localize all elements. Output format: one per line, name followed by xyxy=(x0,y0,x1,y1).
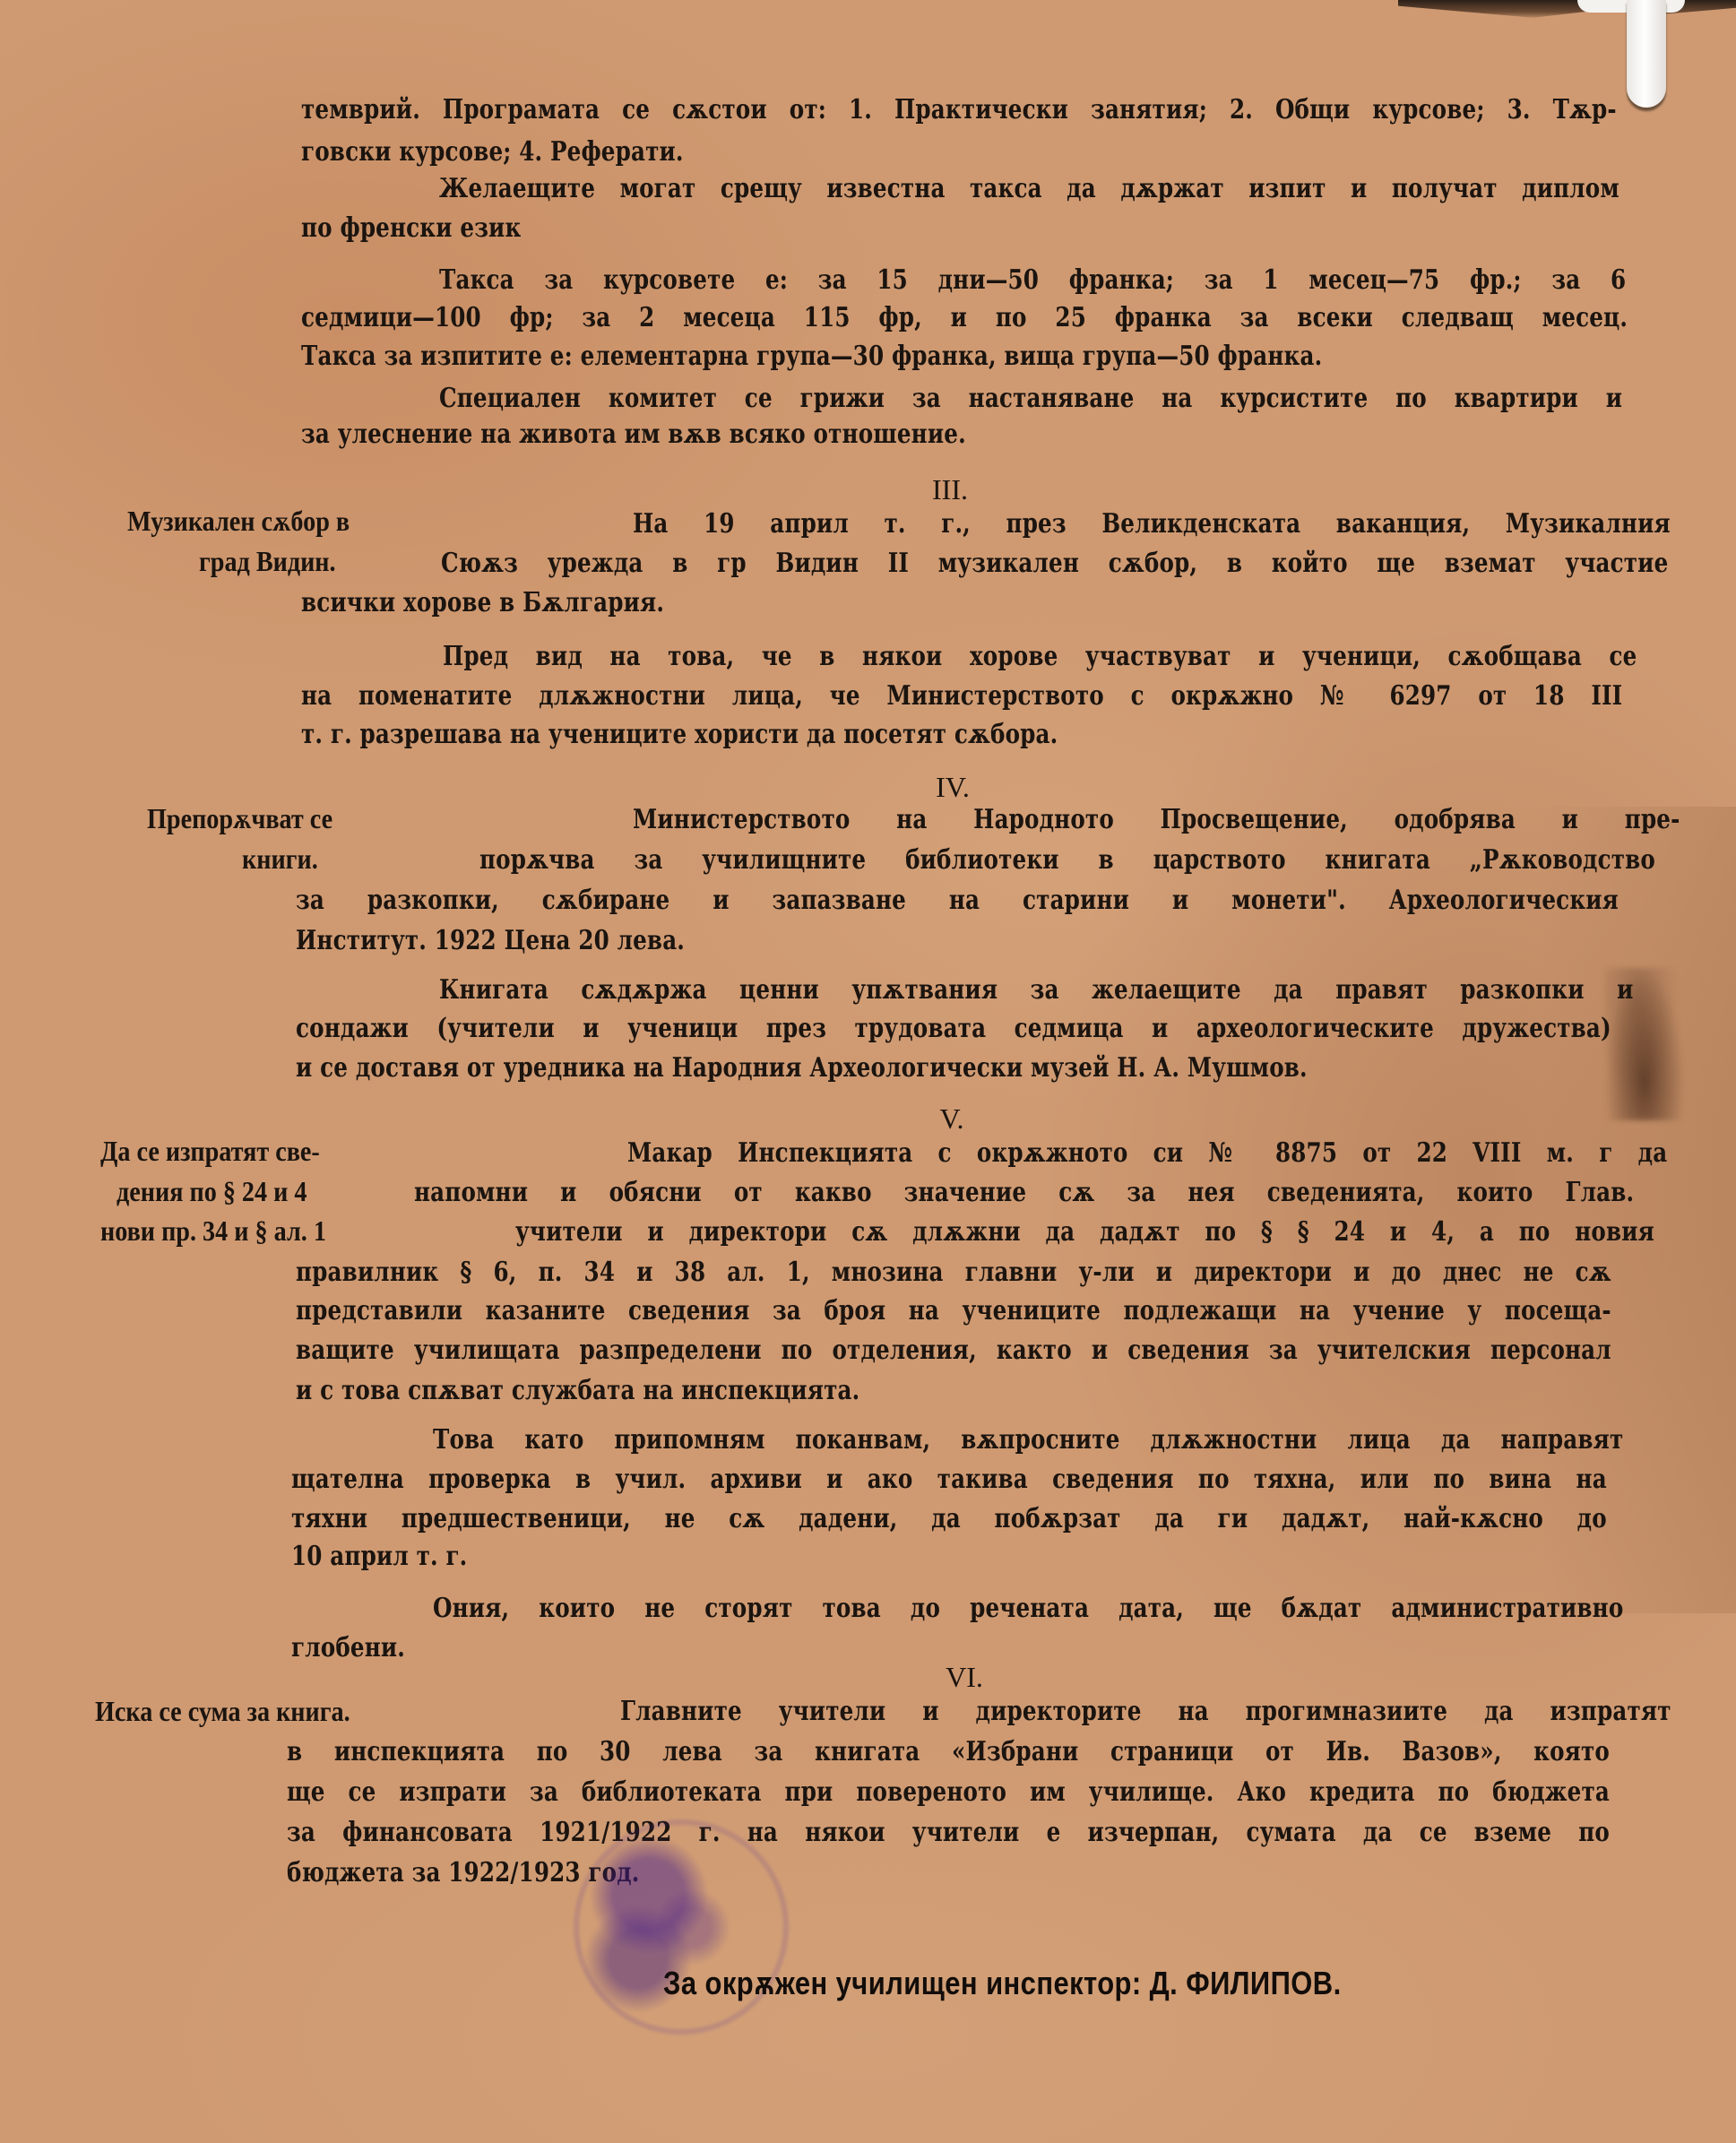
margin-label: книги. xyxy=(242,844,318,873)
text-line: Главните учители и директорите на прогим… xyxy=(620,1698,1671,1725)
section-numeral: V. xyxy=(940,1104,964,1133)
section-numeral: IV. xyxy=(936,773,970,801)
text-line: темврий. Програмата се сѫстои от: 1. Пра… xyxy=(301,97,1617,124)
text-line: Желаещите могат срещу известна такса да … xyxy=(439,176,1619,203)
text-line: щателна проверка в учил. архиви и ако та… xyxy=(291,1466,1607,1493)
text-line: за разкопки, сѫбиране и запазване на ста… xyxy=(296,887,1619,914)
text-line: Ония, които не сторят това до речената д… xyxy=(433,1595,1623,1622)
text-line: седмици—100 фр; за 2 месеца 115 фр, и по… xyxy=(301,305,1628,332)
glue-drip xyxy=(1627,0,1666,108)
text-line: представили казаните сведения за броя на… xyxy=(296,1298,1611,1325)
text-line: Макар Инспекцията с окрѫжното си № 8875 … xyxy=(627,1140,1667,1167)
margin-label: Препорѫчват се xyxy=(147,804,333,833)
text-line: в инспекцията по 30 лева за книгата «Изб… xyxy=(287,1739,1610,1766)
text-line: сондажи (учители и ученици през трудоват… xyxy=(296,1015,1611,1042)
official-stamp xyxy=(574,1819,789,2035)
text-line: тяхни предшественици, не сѫ дадени, да п… xyxy=(291,1506,1607,1533)
margin-label: нови пр. 34 и § ал. 1 xyxy=(100,1216,326,1245)
text-line: и се доставя от уредника на Народния Арх… xyxy=(296,1055,1308,1082)
text-line: Институт. 1922 Цена 20 лева. xyxy=(296,928,685,955)
text-line: порѫчва за училищните библиотеки в царст… xyxy=(479,847,1655,874)
text-line: за улеснение на живота им вѫв всяко отно… xyxy=(301,421,966,448)
text-line: Специален комитет се грижи за настаняван… xyxy=(439,385,1622,412)
text-line: учители и директори сѫ длѫжни да дадѫт п… xyxy=(515,1219,1654,1246)
text-line: Такса за курсовете е: за 15 дни—50 франк… xyxy=(439,267,1626,294)
text-line: по френски език xyxy=(301,215,521,242)
section-numeral: III. xyxy=(932,475,968,504)
margin-label: Иска се сума за книга. xyxy=(95,1697,350,1725)
text-line: На 19 април т. г., през Великденската ва… xyxy=(633,511,1671,538)
text-line: Сюѫз урежда в гр Видин II музикален сѫбо… xyxy=(441,550,1668,577)
margin-label: Да се изпратят све- xyxy=(100,1136,320,1165)
text-line: Пред вид на това, че в някои хорове учас… xyxy=(443,644,1637,670)
text-line: глобени. xyxy=(291,1635,405,1662)
text-line: правилник § 6, п. 34 и 38 ал. 1, мнозина… xyxy=(296,1259,1611,1286)
text-line: напомни и обясни от какво значение сѫ за… xyxy=(414,1180,1634,1206)
section-numeral: VI. xyxy=(946,1663,983,1691)
text-line: говски курсове; 4. Реферати. xyxy=(301,139,684,166)
text-line: 10 април т. г. xyxy=(291,1543,467,1570)
text-line: Книгата сѫдѫржа ценни упѫтвания за желае… xyxy=(439,977,1634,1004)
text-line: Такса за изпитите е: елементарна група—3… xyxy=(301,343,1322,370)
margin-label: град Видин. xyxy=(199,547,336,575)
text-line: на поменатите длѫжностни лица, че Минист… xyxy=(301,683,1622,710)
torn-edge xyxy=(1398,0,1736,20)
text-line: т. г. разрешава на учениците хористи да … xyxy=(301,722,1058,748)
text-line: за финансовата 1921/1922 г. на някои учи… xyxy=(287,1819,1610,1846)
text-line: Министерството на Народното Просвещение,… xyxy=(633,807,1680,834)
signature-line: За окрѫжен училищен инспектор: Д. ФИЛИПО… xyxy=(663,1965,1342,2002)
text-line: Това като припомням поканвам, вѫпросните… xyxy=(433,1427,1623,1454)
text-line: всички хорове в Бѫлгария. xyxy=(301,590,664,617)
text-line: ще се изпрати за библиотеката при повере… xyxy=(287,1779,1610,1806)
margin-label: Музикален сѫбор в xyxy=(127,506,350,535)
margin-label: дения по § 24 и 4 xyxy=(117,1177,307,1205)
document-page: темврий. Програмата се сѫстои от: 1. Пра… xyxy=(0,0,1736,2143)
text-line: ващите училищата разпределени по отделен… xyxy=(296,1337,1611,1364)
text-line: и с това спѫват службата на инспекцията. xyxy=(296,1378,859,1404)
